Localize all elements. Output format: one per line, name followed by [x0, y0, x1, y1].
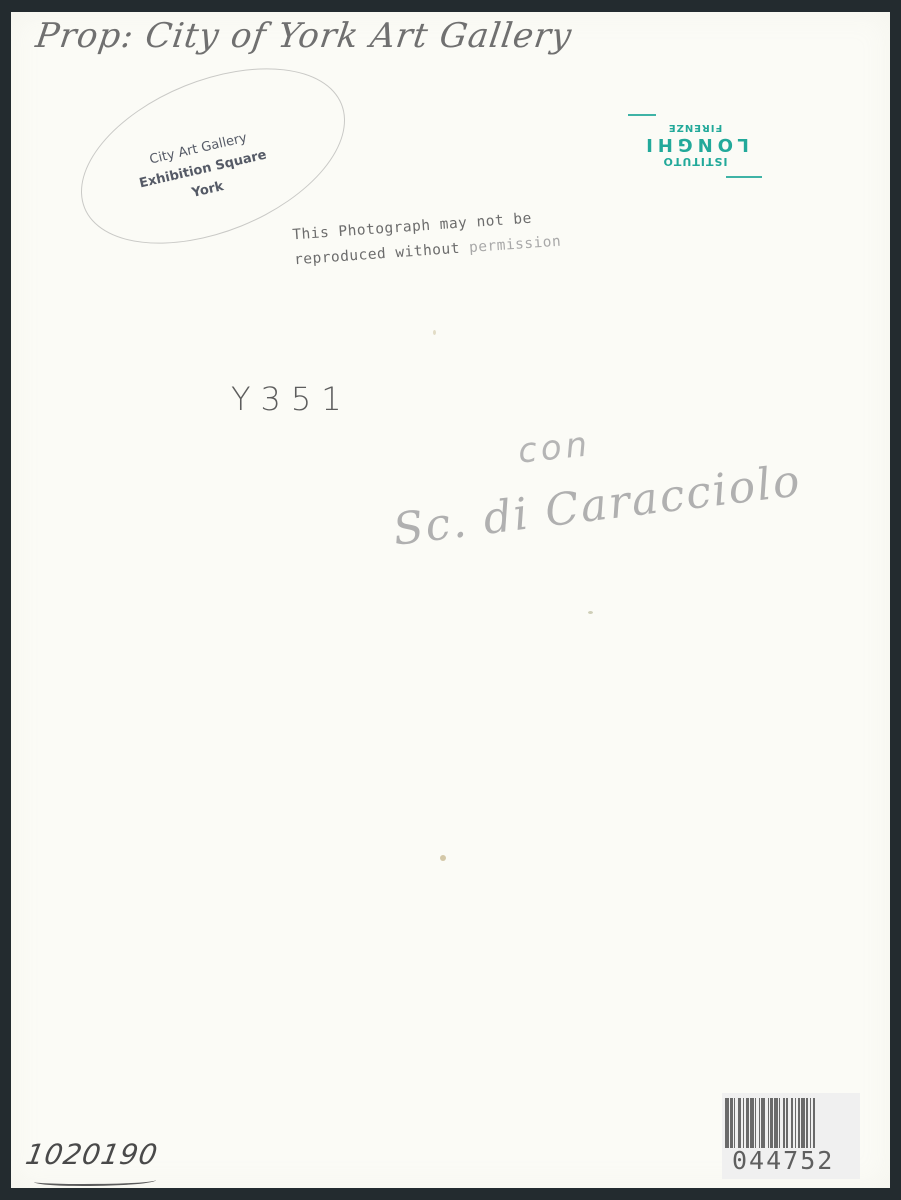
stamp-rule	[726, 176, 762, 178]
barcode-icon	[725, 1098, 840, 1148]
paper-speck	[588, 611, 593, 614]
permission-line-2-faded: permission	[459, 234, 561, 257]
archive-number-handwriting: 1020190	[23, 1138, 161, 1171]
longhi-stamp-line-3: FIRENZE	[626, 122, 764, 133]
istituto-longhi-stamp: ISTITUTO LONGHI FIRENZE	[626, 112, 764, 180]
inventory-number-handwriting: Y351	[231, 380, 352, 418]
attribution-handwriting-line-1: con	[516, 424, 593, 471]
provenance-handwriting: Prop: City of York Art Gallery	[33, 16, 574, 56]
paper-speck	[440, 855, 446, 861]
paper-speck	[433, 330, 436, 335]
barcode-label: 044752	[722, 1093, 860, 1179]
barcode-number: 044752	[732, 1146, 834, 1175]
longhi-stamp-line-1: ISTITUTO	[626, 155, 764, 168]
scan-frame: Prop: City of York Art Gallery City Art …	[0, 0, 901, 1200]
longhi-stamp-line-2: LONGHI	[626, 134, 764, 155]
barcode-space	[815, 1098, 819, 1148]
stamp-rule	[628, 114, 656, 116]
